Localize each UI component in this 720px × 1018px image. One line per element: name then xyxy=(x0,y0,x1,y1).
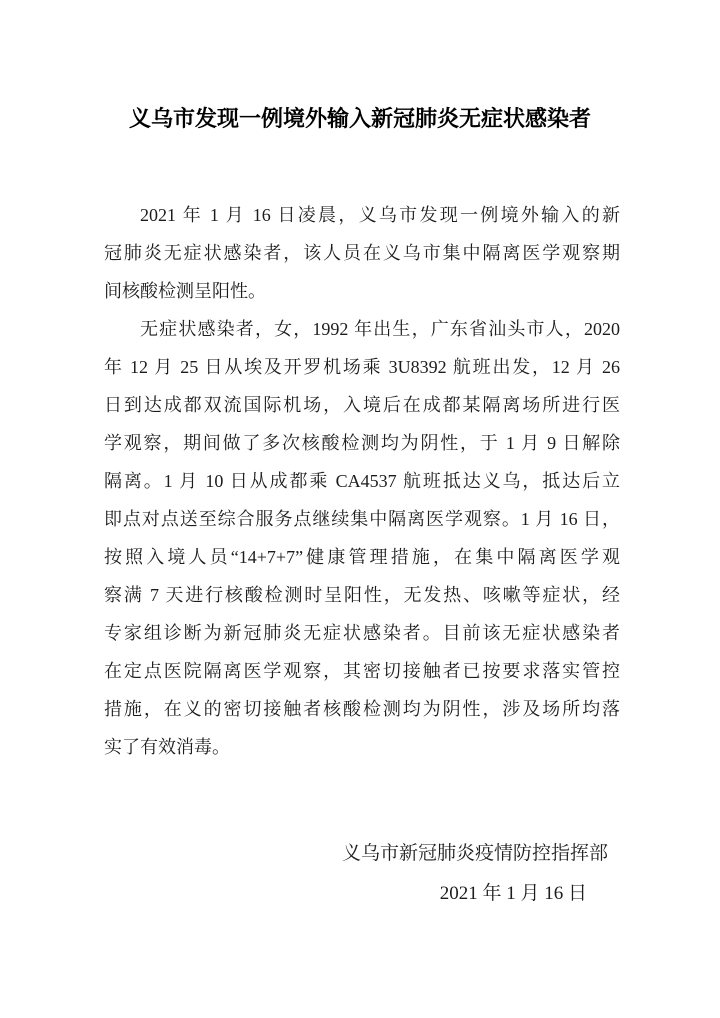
document-line: 措施，在义的密切接触者核酸检测均为阴性，涉及场所均落 xyxy=(104,690,620,728)
document-line: 按照入境人员“14+7+7”健康管理措施，在集中隔离医学观 xyxy=(104,538,620,576)
document-title: 义乌市发现一例境外输入新冠肺炎无症状感染者 xyxy=(0,103,720,137)
document-line: 日到达成都双流国际机场，入境后在成都某隔离场所进行医 xyxy=(104,386,620,424)
document-line: 冠肺炎无症状感染者，该人员在义乌市集中隔离医学观察期 xyxy=(104,234,620,272)
document-line: 专家组诊断为新冠肺炎无症状感染者。目前该无症状感染者 xyxy=(104,614,620,652)
document-body: 2021 年 1 月 16 日凌晨，义乌市发现一例境外输入的新冠肺炎无症状感染者… xyxy=(104,196,620,766)
document-line: 即点对点送至综合服务点继续集中隔离医学观察。1 月 16 日， xyxy=(104,500,620,538)
document-line: 无症状感染者，女，1992 年出生，广东省汕头市人，2020 xyxy=(104,310,620,348)
document-line: 在定点医院隔离医学观察，其密切接触者已按要求落实管控 xyxy=(104,652,620,690)
document-line: 2021 年 1 月 16 日凌晨，义乌市发现一例境外输入的新 xyxy=(104,196,620,234)
document-line: 学观察，期间做了多次核酸检测均为阴性，于 1 月 9 日解除 xyxy=(104,424,620,462)
document-line: 隔离。1 月 10 日从成都乘 CA4537 航班抵达义乌，抵达后立 xyxy=(104,462,620,500)
document-line: 年 12 月 25 日从埃及开罗机场乘 3U8392 航班出发，12 月 26 xyxy=(104,348,620,386)
document-signature: 义乌市新冠肺炎疫情防控指挥部 xyxy=(342,838,608,870)
document-page: 义乌市发现一例境外输入新冠肺炎无症状感染者 2021 年 1 月 16 日凌晨，… xyxy=(0,0,720,1018)
document-line: 察满 7 天进行核酸检测时呈阳性，无发热、咳嗽等症状，经 xyxy=(104,576,620,614)
document-date: 2021 年 1 月 16 日 xyxy=(440,878,587,910)
document-line: 间核酸检测呈阳性。 xyxy=(104,272,620,310)
document-line: 实了有效消毒。 xyxy=(104,728,620,766)
